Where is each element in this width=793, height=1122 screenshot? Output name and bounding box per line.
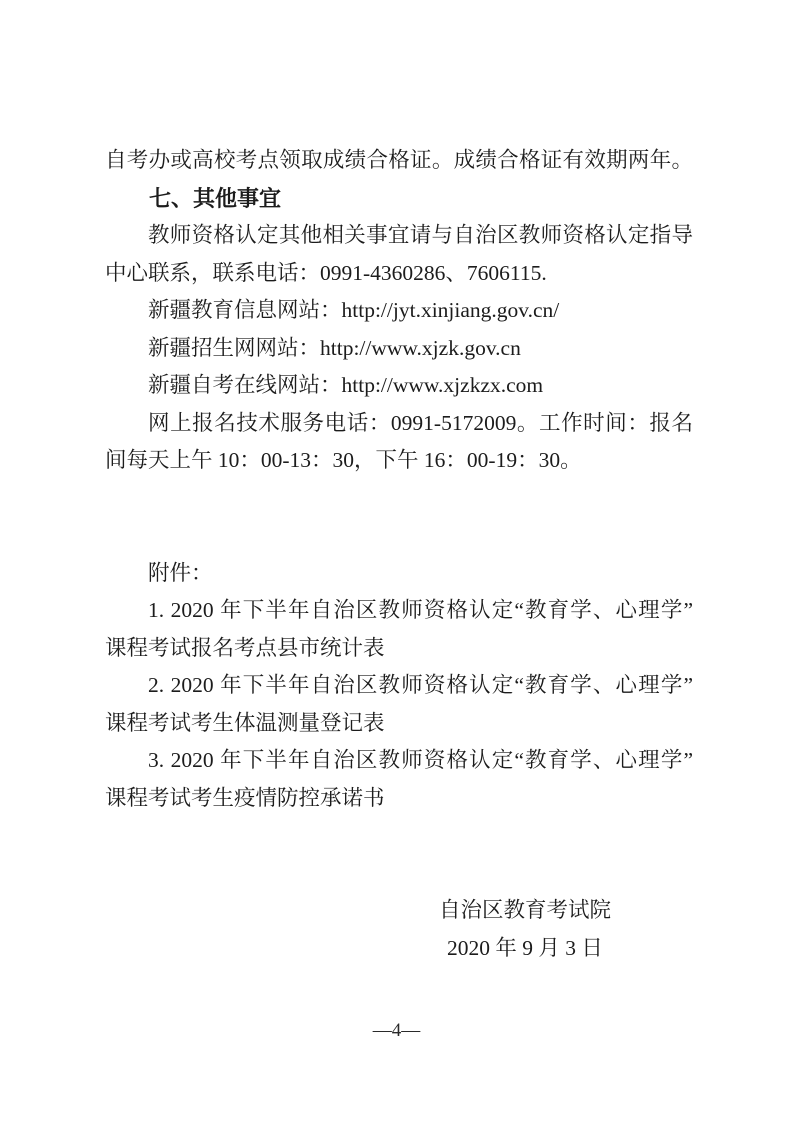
attachment-item-2-line-1: 2. 2020 年下半年自治区教师资格认定“教育学、心理学”	[105, 667, 693, 705]
hotline-line: 网上报名技术服务电话：0991-5172009。工作时间：报名期	[105, 405, 693, 443]
signature-block: 自治区教育考试院 2020 年 9 月 3 日	[355, 892, 695, 967]
spacer	[105, 817, 693, 892]
attachments-label: 附件：	[105, 555, 693, 593]
website-line-education: 新疆教育信息网站：http://jyt.xinjiang.gov.cn/	[105, 292, 693, 330]
page-number: —4—	[0, 1019, 793, 1043]
attachment-item-1-line-1: 1. 2020 年下半年自治区教师资格认定“教育学、心理学”	[105, 592, 693, 630]
attachment-item-2-line-2: 课程考试考生体温测量登记表	[105, 705, 693, 743]
paragraph-line: 教师资格认定其他相关事宜请与自治区教师资格认定指导	[105, 217, 693, 255]
hotline-line-continuation: 间每天上午 10：00-13：30，下午 16：00-19：30。	[105, 442, 693, 480]
signature-organization: 自治区教育考试院	[355, 892, 695, 930]
attachment-item-3-line-2: 课程考试考生疫情防控承诺书	[105, 780, 693, 818]
attachment-item-1-line-2: 课程考试报名考点县市统计表	[105, 630, 693, 668]
spacer	[105, 480, 693, 555]
section-heading: 七、其他事宜	[105, 180, 693, 218]
signature-date: 2020 年 9 月 3 日	[355, 930, 695, 968]
attachment-item-3-line-1: 3. 2020 年下半年自治区教师资格认定“教育学、心理学”	[105, 742, 693, 780]
paragraph-line: 中心联系，联系电话：0991-4360286、7606115.	[105, 255, 693, 293]
document-body: 自考办或高校考点领取成绩合格证。成绩合格证有效期两年。 七、其他事宜 教师资格认…	[105, 142, 693, 967]
document-page: 自考办或高校考点领取成绩合格证。成绩合格证有效期两年。 七、其他事宜 教师资格认…	[0, 0, 793, 1122]
website-line-zikao: 新疆自考在线网站：http://www.xjzkzx.com	[105, 367, 693, 405]
paragraph-continuation-line: 自考办或高校考点领取成绩合格证。成绩合格证有效期两年。	[105, 142, 693, 180]
website-line-zhaosheng: 新疆招生网网站：http://www.xjzk.gov.cn	[105, 330, 693, 368]
